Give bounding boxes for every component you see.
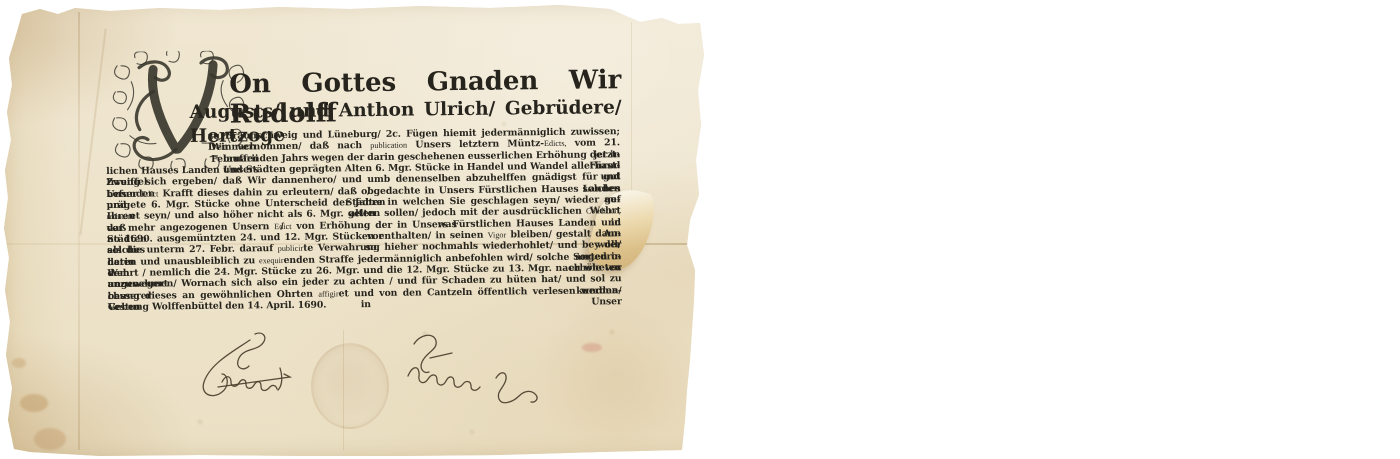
photo-canvas: On Gottes Gnaden Wir Rudolff Augusts/ un… bbox=[0, 0, 1400, 459]
decree-body: zu Braunschweig und Lüneburg/ 2c. Fügen … bbox=[106, 126, 622, 313]
parchment-document: On Gottes Gnaden Wir Rudolff Augusts/ un… bbox=[0, 0, 740, 459]
foxing-spot bbox=[34, 428, 66, 450]
signature-anton-ulrich-icon bbox=[400, 332, 552, 406]
pink-stain-spot bbox=[582, 343, 602, 352]
fold-crease-diagonal bbox=[79, 29, 106, 236]
printed-decree-block: On Gottes Gnaden Wir Rudolff Augusts/ un… bbox=[105, 44, 622, 325]
fold-crease-vertical-left bbox=[78, 12, 80, 450]
seal-impression-icon bbox=[311, 343, 389, 429]
foxing-spots bbox=[0, 0, 4, 4]
signature-rudolf-august-icon bbox=[192, 330, 302, 408]
foxing-spot bbox=[12, 358, 26, 368]
foxing-spot bbox=[20, 394, 48, 412]
paper-mottling-stain bbox=[540, 300, 690, 450]
